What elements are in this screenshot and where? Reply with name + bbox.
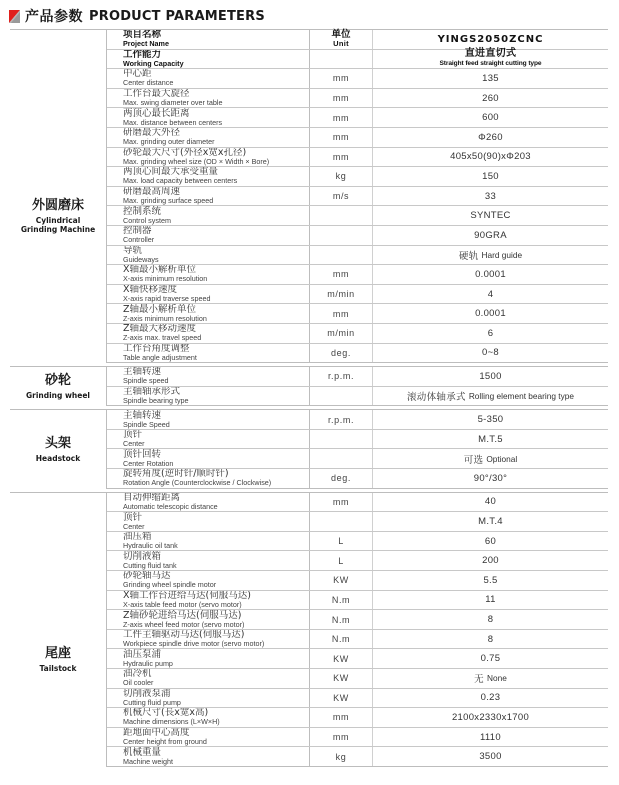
column-header-unit-cn: 单位 xyxy=(331,30,350,39)
column-header-unit-en: Unit xyxy=(333,39,349,48)
table-row: 旋转角度(逆时针/顺时针)Rotation Angle (Countercloc… xyxy=(107,469,608,489)
row-value: 0.0001 xyxy=(373,304,608,323)
category-cell: 砂轮 Grinding wheel xyxy=(10,367,106,406)
row-unit: deg. xyxy=(309,469,373,488)
row-value: 4 xyxy=(373,285,608,304)
row-label-en: Max. grinding surface speed xyxy=(123,197,309,205)
row-label-en: Z-axis wheel feed motor (servo motor) xyxy=(123,621,309,629)
row-value-en: None xyxy=(487,673,507,683)
table-row: X轴最小解析单位X-axis minimum resolutionmm0.000… xyxy=(107,265,608,285)
table-row: Z轴最大移动速度Z-axis max. travel speedm/min6 xyxy=(107,324,608,344)
table-row: 控制器Controller90GRA xyxy=(107,226,608,246)
row-value: 60 xyxy=(373,532,608,551)
row-unit: N.m xyxy=(309,591,373,610)
row-label-en: Max. grinding wheel size (OD × Width × B… xyxy=(123,158,309,166)
row-label-en: Control system xyxy=(123,217,309,225)
row-unit: N.m xyxy=(309,610,373,629)
category-name-en: Tailstock xyxy=(40,664,77,673)
table-row: 两顶心间最大承受重量Max. load capacity between cen… xyxy=(107,167,608,187)
row-value: M.T.5 xyxy=(373,430,608,449)
table-row: 研磨最大外径Max. grinding outer diametermmΦ260 xyxy=(107,128,608,148)
row-label-en: X-axis rapid traverse speed xyxy=(123,295,309,303)
row-unit: m/s xyxy=(309,187,373,206)
row-value: 8 xyxy=(373,610,608,629)
table-row: 控制系统Control systemSYNTEC xyxy=(107,206,608,226)
row-value: 600 xyxy=(373,108,608,127)
row-value: M.T.4 xyxy=(373,512,608,531)
row-unit xyxy=(309,226,373,245)
table-row: X轴工作台进给马达(伺服马达)X-axis table feed motor (… xyxy=(107,591,608,611)
row-value: 可选Optional xyxy=(373,449,608,468)
row-unit: mm xyxy=(309,493,373,512)
page-header: 产品参数 PRODUCT PARAMETERS xyxy=(9,6,265,26)
table-row: 顶针CenterM.T.5 xyxy=(107,430,608,450)
row-value-en: Rolling element bearing type xyxy=(469,391,574,401)
row-unit: r.p.m. xyxy=(309,367,373,386)
row-value-en: Optional xyxy=(486,454,517,464)
row-unit: m/min xyxy=(309,285,373,304)
category-cell: 头架 Headstock xyxy=(10,410,106,488)
row-unit: mm xyxy=(309,265,373,284)
category-name-cn: 外圆磨床 xyxy=(32,198,84,214)
row-value: 0~8 xyxy=(373,344,608,363)
section-cylindrical-grinding-machine: 外圆磨床 CylindricalGrinding Machine 项目名称Pro… xyxy=(10,29,608,363)
row-value: 6 xyxy=(373,324,608,343)
table-row: 砂轮最大尺寸(外径x宽x孔径)Max. grinding wheel size … xyxy=(107,148,608,168)
row-unit: m/min xyxy=(309,324,373,343)
row-value: 硬轨Hard guide xyxy=(373,246,608,265)
row-label-en: Spindle Speed xyxy=(123,421,309,429)
row-unit: mm xyxy=(309,728,373,747)
row-label-en: Machine weight xyxy=(123,758,309,766)
row-value: Φ260 xyxy=(373,128,608,147)
row-value: 0.23 xyxy=(373,689,608,708)
table-row: 主轴转速Spindle speedr.p.m.1500 xyxy=(107,367,608,387)
row-value: 1500 xyxy=(373,367,608,386)
row-unit xyxy=(309,387,373,406)
table-row: 工件主轴驱动马达(伺服马达)Workpiece spindle drive mo… xyxy=(107,630,608,650)
row-unit: KW xyxy=(309,571,373,590)
section-headstock: 头架 Headstock 主轴转速Spindle Speedr.p.m.5-35… xyxy=(10,409,608,488)
row-label-en: Max. distance between centers xyxy=(123,119,309,127)
table-row: 主轴轴承形式Spindle bearing type滚动体轴承式Rolling … xyxy=(107,387,608,407)
row-label-en: Automatic telescopic distance xyxy=(123,503,309,511)
table-row: 中心距Center distancemm135 xyxy=(107,69,608,89)
section-rows: 主轴转速Spindle speedr.p.m.1500 主轴轴承形式Spindl… xyxy=(106,367,608,406)
row-value: 135 xyxy=(373,69,608,88)
parameters-table: 外圆磨床 CylindricalGrinding Machine 项目名称Pro… xyxy=(10,29,608,767)
row-value: 滚动体轴承式Rolling element bearing type xyxy=(373,387,608,406)
row-label-en: Z-axis max. travel speed xyxy=(123,334,309,342)
row-value: 90GRA xyxy=(373,226,608,245)
row-unit: KW xyxy=(309,689,373,708)
table-row: 导轨Guideways硬轨Hard guide xyxy=(107,246,608,266)
row-label-en: Center xyxy=(123,523,309,531)
row-value-cn: 直进直切式 xyxy=(465,49,517,59)
section-grinding-wheel: 砂轮 Grinding wheel 主轴转速Spindle speedr.p.m… xyxy=(10,366,608,406)
row-label-en: Z-axis minimum resolution xyxy=(123,315,309,323)
table-row: 油压箱Hydraulic oil tankL60 xyxy=(107,532,608,552)
triangle-mark-icon xyxy=(9,10,21,23)
table-row: X轴快移速度X-axis rapid traverse speedm/min4 xyxy=(107,285,608,305)
row-label-en: Oil cooler xyxy=(123,679,309,687)
row-unit: mm xyxy=(309,89,373,108)
row-label-en: Max. grinding outer diameter xyxy=(123,138,309,146)
table-row: Z轴最小解析单位Z-axis minimum resolutionmm0.000… xyxy=(107,304,608,324)
row-label-en: Max. load capacity between centers xyxy=(123,177,309,185)
row-label-en: Spindle speed xyxy=(123,377,309,385)
row-unit: mm xyxy=(309,148,373,167)
row-value-cn: 可选 xyxy=(464,452,484,466)
row-label-en: Hydraulic oil tank xyxy=(123,542,309,550)
category-name-cn: 头架 xyxy=(45,436,71,452)
row-value-en: Straight feed straight cutting type xyxy=(439,59,541,69)
table-row: 切削液泵浦Cutting fluid pumpKW0.23 xyxy=(107,689,608,709)
row-value: 150 xyxy=(373,167,608,186)
row-value: 0.75 xyxy=(373,649,608,668)
row-unit: kg xyxy=(309,747,373,766)
row-value-cn: 滚动体轴承式 xyxy=(407,389,466,403)
row-label-en: Cutting fluid tank xyxy=(123,562,309,570)
table-row: 机械尺寸(長x宽x高)Machine dimensions (L×W×H)mm2… xyxy=(107,708,608,728)
row-unit: mm xyxy=(309,108,373,127)
row-unit: L xyxy=(309,532,373,551)
section-tailstock: 尾座 Tailstock 自动伸缩距离Automatic telescopic … xyxy=(10,492,608,767)
row-value: 90°/30° xyxy=(373,469,608,488)
row-value: 11 xyxy=(373,591,608,610)
row-value: 5-350 xyxy=(373,410,608,429)
table-row: 油压泵浦Hydraulic pumpKW0.75 xyxy=(107,649,608,669)
row-value: 5.5 xyxy=(373,571,608,590)
table-row: 油冷机Oil coolerKW无None xyxy=(107,669,608,689)
row-unit xyxy=(309,246,373,265)
row-label-en: Machine dimensions (L×W×H) xyxy=(123,718,309,726)
row-unit xyxy=(309,430,373,449)
category-name-cn: 砂轮 xyxy=(45,373,71,389)
row-label-cn: 顶针 xyxy=(123,513,309,523)
table-header-row: 项目名称Project Name 单位Unit YINGS2050ZCNC xyxy=(107,30,608,50)
table-row: 机械重量Machine weightkg3500 xyxy=(107,747,608,767)
row-value-cn: 无 xyxy=(474,671,484,685)
row-label-en: Guideways xyxy=(123,256,309,264)
table-row: 切削液箱Cutting fluid tankL200 xyxy=(107,551,608,571)
row-unit: deg. xyxy=(309,344,373,363)
row-value-en: Hard guide xyxy=(482,250,523,260)
row-unit xyxy=(309,206,373,225)
table-row: 自动伸缩距离Automatic telescopic distancemm40 xyxy=(107,493,608,513)
row-value: 0.0001 xyxy=(373,265,608,284)
column-header-model: YINGS2050ZCNC xyxy=(438,34,544,45)
row-unit: r.p.m. xyxy=(309,410,373,429)
row-label-en: Working Capacity xyxy=(123,60,309,68)
row-unit: KW xyxy=(309,669,373,688)
row-label-cn: 顶针 xyxy=(123,430,309,440)
page-title-en: PRODUCT PARAMETERS xyxy=(89,9,265,24)
row-label-en: Table angle adjustment xyxy=(123,354,309,362)
row-value: 8 xyxy=(373,630,608,649)
table-row: 距地面中心高度Center height from groundmm1110 xyxy=(107,728,608,748)
row-value: 40 xyxy=(373,493,608,512)
row-label-en: Rotation Angle (Counterclockwise / Clock… xyxy=(123,479,309,487)
category-name-en: Headstock xyxy=(36,454,80,463)
row-label-en: Spindle bearing type xyxy=(123,397,309,405)
row-value: 2100x2330x1700 xyxy=(373,708,608,727)
row-value-cn: 硬轨 xyxy=(459,248,479,262)
row-value: 1110 xyxy=(373,728,608,747)
row-unit: mm xyxy=(309,708,373,727)
working-capacity-row: 工作能力Working Capacity 直进直切式Straight feed … xyxy=(107,50,608,70)
row-unit: N.m xyxy=(309,630,373,649)
row-label-en: Center xyxy=(123,440,309,448)
table-row: 主轴转速Spindle Speedr.p.m.5-350 xyxy=(107,410,608,430)
table-row: 工作台角度调整Table angle adjustmentdeg.0~8 xyxy=(107,344,608,364)
page-title-cn: 产品参数 xyxy=(25,6,83,26)
row-value: SYNTEC xyxy=(373,206,608,225)
category-cell: 外圆磨床 CylindricalGrinding Machine xyxy=(10,69,106,363)
row-unit: KW xyxy=(309,649,373,668)
row-label-en: Workpiece spindle drive motor (servo mot… xyxy=(123,640,309,648)
table-row: Z轴砂轮进给马达(伺服马达)Z-axis wheel feed motor (s… xyxy=(107,610,608,630)
table-row: 砂轮轴马达Grinding wheel spindle motorKW5.5 xyxy=(107,571,608,591)
row-unit: mm xyxy=(309,304,373,323)
category-name-en: Grinding wheel xyxy=(26,391,90,400)
section-rows: 自动伸缩距离Automatic telescopic distancemm40 … xyxy=(106,493,608,767)
row-label-en: Hydraulic pump xyxy=(123,660,309,668)
row-value: 200 xyxy=(373,551,608,570)
row-label-en: Grinding wheel spindle motor xyxy=(123,581,309,589)
row-label-en: Max. swing diameter over table xyxy=(123,99,309,107)
row-label-en: Cutting fluid pump xyxy=(123,699,309,707)
row-value: 33 xyxy=(373,187,608,206)
row-label-en: Center Rotation xyxy=(123,460,309,468)
row-label-en: Center distance xyxy=(123,79,309,87)
row-value: 405x50(90)xΦ203 xyxy=(373,148,608,167)
row-unit xyxy=(309,449,373,468)
category-name-en: CylindricalGrinding Machine xyxy=(21,216,95,234)
table-row: 研磨最高周速Max. grinding surface speedm/s33 xyxy=(107,187,608,207)
row-label-en: X-axis table feed motor (servo motor) xyxy=(123,601,309,609)
row-label-en: Center height from ground xyxy=(123,738,309,746)
category-cell: 尾座 Tailstock xyxy=(10,553,106,767)
column-header-item-en: Project Name xyxy=(123,40,309,48)
table-row: 顶针CenterM.T.4 xyxy=(107,512,608,532)
table-row: 工作台最大旋径Max. swing diameter over tablemm2… xyxy=(107,89,608,109)
table-row: 两顶心最长距离Max. distance between centersmm60… xyxy=(107,108,608,128)
section-rows: 项目名称Project Name 单位Unit YINGS2050ZCNC 工作… xyxy=(106,30,608,363)
row-unit: kg xyxy=(309,167,373,186)
row-value: 3500 xyxy=(373,747,608,766)
row-unit: mm xyxy=(309,128,373,147)
row-unit xyxy=(309,512,373,531)
row-label-en: X-axis minimum resolution xyxy=(123,275,309,283)
row-value: 无None xyxy=(373,669,608,688)
row-label-en: Controller xyxy=(123,236,309,244)
row-value: 260 xyxy=(373,89,608,108)
row-unit: L xyxy=(309,551,373,570)
row-unit: mm xyxy=(309,69,373,88)
table-row: 顶针回转Center Rotation可选Optional xyxy=(107,449,608,469)
section-rows: 主轴转速Spindle Speedr.p.m.5-350 顶针CenterM.T… xyxy=(106,410,608,488)
category-name-cn: 尾座 xyxy=(45,646,71,662)
